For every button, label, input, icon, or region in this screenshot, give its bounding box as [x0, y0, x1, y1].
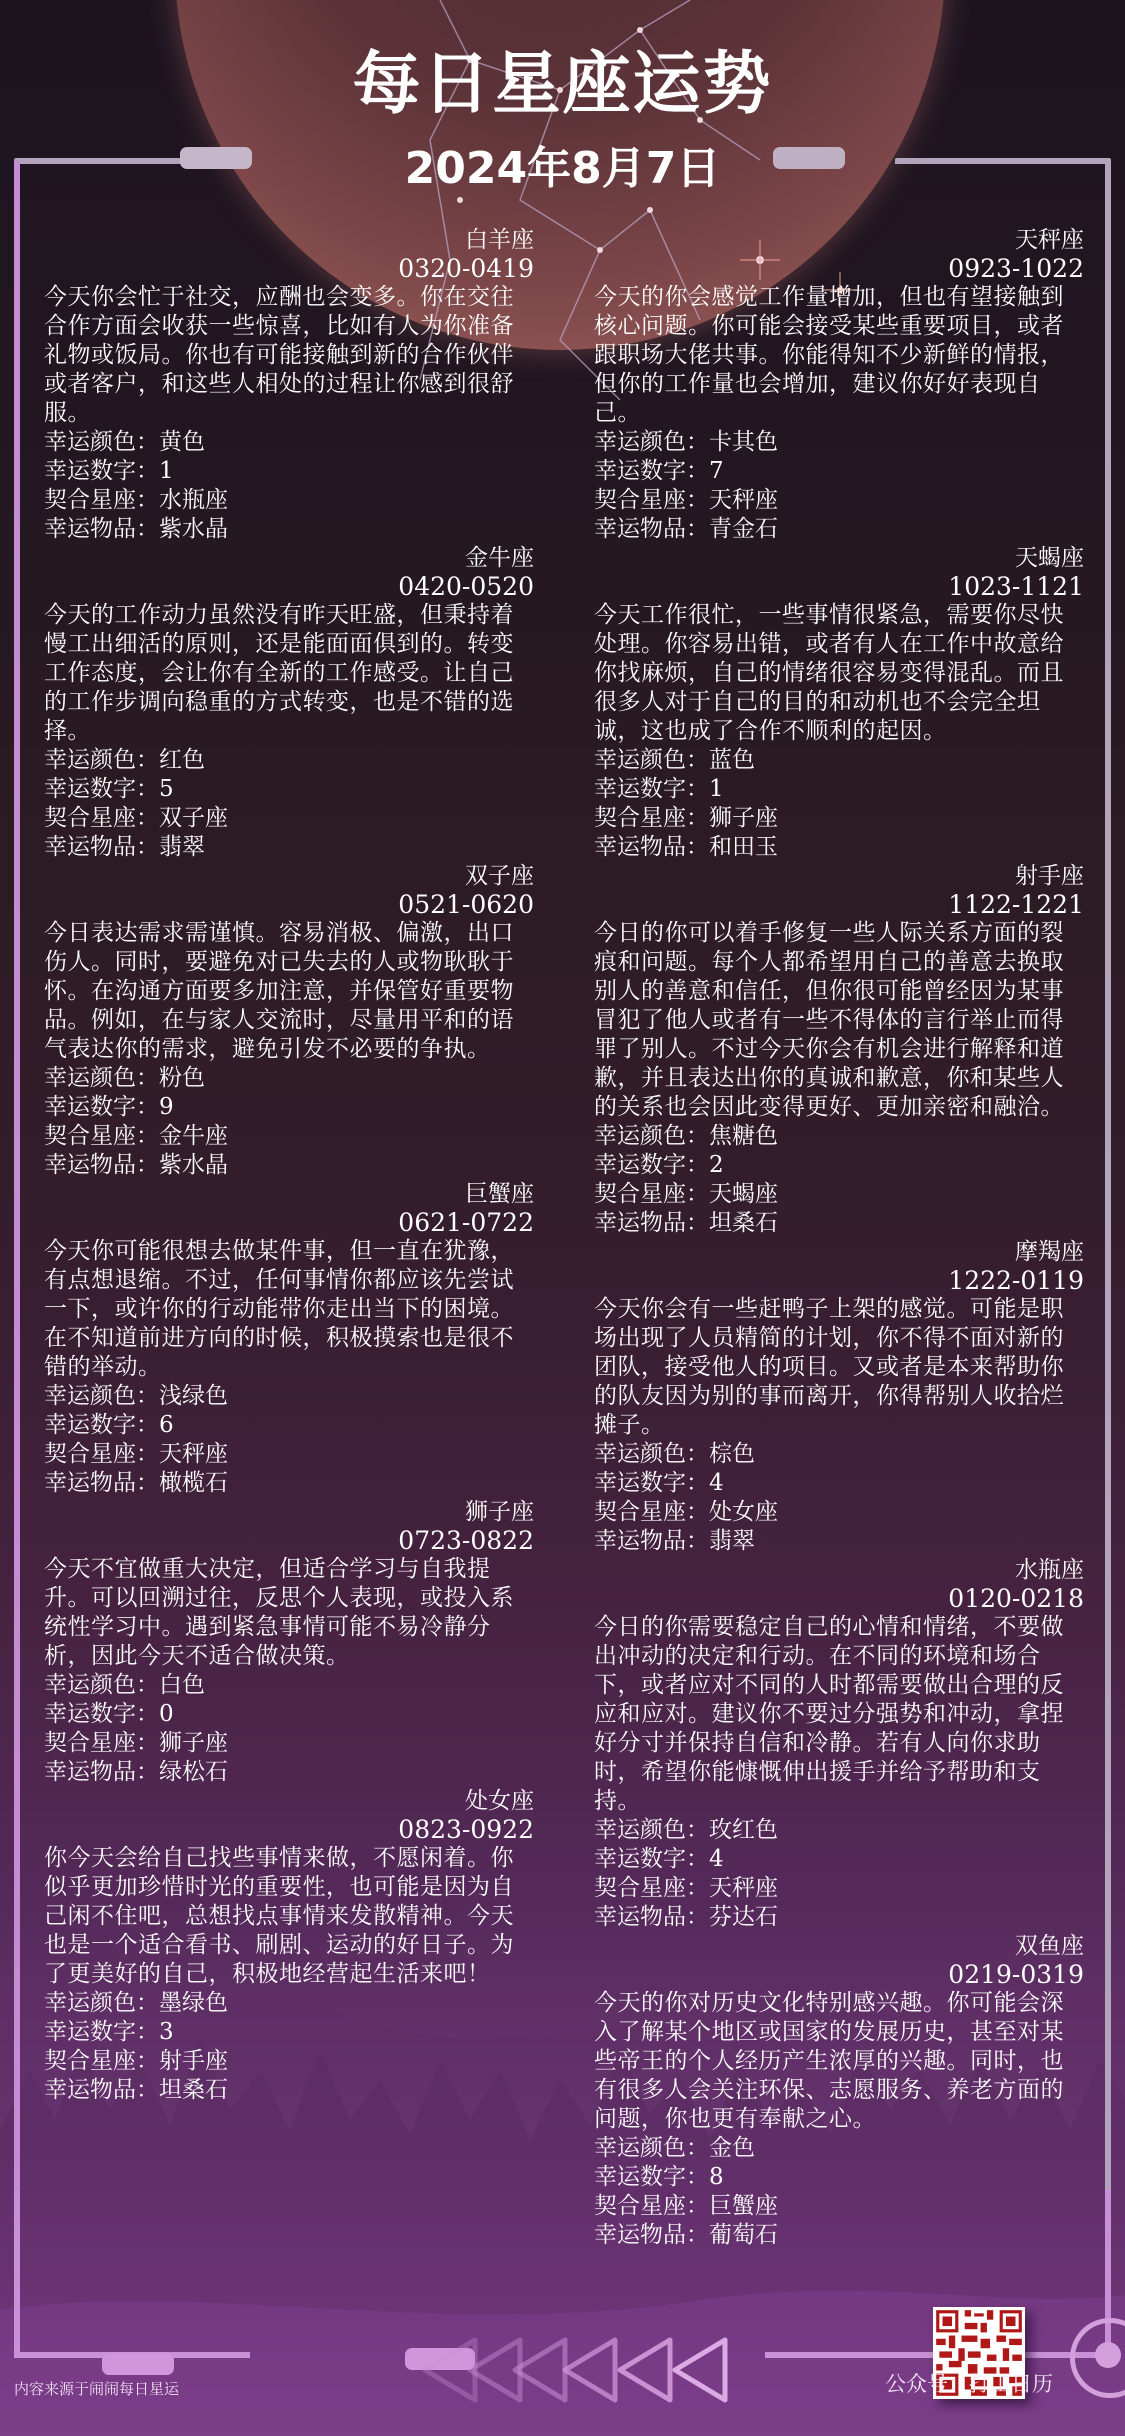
sign-name: 射手座 — [594, 862, 1084, 891]
horoscope-column-right: 天秤座 0923-1022 今天的你会感觉工作量增加，但也有望接触到核心问题。你… — [594, 226, 1084, 2250]
sign-name: 天秤座 — [594, 226, 1084, 255]
label: 契合星座： — [594, 2193, 709, 2219]
content-source-note: 内容来源于闹闹每日星运 — [14, 2378, 179, 2399]
sign-description: 今天不宜做重大决定，但适合学习与自我提升。可以回溯过往，反思个人表现，或投入系统… — [44, 1555, 534, 1671]
value: 9 — [159, 1094, 174, 1120]
sign-card-aries: 白羊座 0320-0419 今天你会忙于社交，应酬也会变多。你在交往合作方面会收… — [44, 226, 534, 544]
value: 玫红色 — [709, 1817, 778, 1843]
label: 幸运物品： — [44, 834, 159, 860]
sign-name: 狮子座 — [44, 1498, 534, 1527]
sign-description: 今天的你对历史文化特别感兴趣。你可能会深入了解某个地区或国家的发展历史，甚至对某… — [594, 1989, 1084, 2134]
sign-card-leo: 狮子座 0723-0822 今天不宜做重大决定，但适合学习与自我提升。可以回溯过… — [44, 1498, 534, 1787]
matching-sign: 契合星座：狮子座 — [44, 1729, 534, 1758]
target-dot-icon — [1095, 2342, 1121, 2368]
lucky-color: 幸运颜色：蓝色 — [594, 746, 1084, 775]
sign-date-range: 0723-0822 — [44, 1527, 534, 1555]
label: 幸运物品： — [594, 1210, 709, 1236]
sign-name: 天蝎座 — [594, 544, 1084, 573]
lucky-color: 幸运颜色：玫红色 — [594, 1816, 1084, 1845]
lucky-number: 幸运数字：1 — [44, 457, 534, 486]
value: 坦桑石 — [159, 2077, 228, 2103]
value: 3 — [159, 2019, 174, 2045]
official-account-label: 公众号：打工日历 — [885, 2368, 1053, 2398]
sign-date-range: 0120-0218 — [594, 1585, 1084, 1613]
label: 契合星座： — [594, 1875, 709, 1901]
sign-name: 处女座 — [44, 1787, 534, 1816]
sign-card-pisces: 双鱼座 0219-0319 今天的你对历史文化特别感兴趣。你可能会深入了解某个地… — [594, 1932, 1084, 2250]
page-title: 每日星座运势 — [0, 30, 1125, 127]
value: 金色 — [709, 2135, 755, 2161]
lucky-item: 幸运物品：橄榄石 — [44, 1469, 534, 1498]
sign-name: 水瓶座 — [594, 1556, 1084, 1585]
label: 幸运颜色： — [44, 429, 159, 455]
value: 橄榄石 — [159, 1470, 228, 1496]
label: 幸运物品： — [594, 1528, 709, 1554]
label: 契合星座： — [44, 1730, 159, 1756]
matching-sign: 契合星座：巨蟹座 — [594, 2192, 1084, 2221]
sign-description: 你今天会给自己找些事情来做，不愿闲着。你似乎更加珍惜时光的重要性，也可能是因为自… — [44, 1844, 534, 1989]
lucky-number: 幸运数字：5 — [44, 775, 534, 804]
sign-date-range: 1122-1221 — [594, 891, 1084, 919]
sign-date-range: 0923-1022 — [594, 255, 1084, 283]
value: 1 — [159, 458, 174, 484]
value: 天蝎座 — [709, 1181, 778, 1207]
lucky-item: 幸运物品：青金石 — [594, 515, 1084, 544]
value: 紫水晶 — [159, 1152, 228, 1178]
matching-sign: 契合星座：水瓶座 — [44, 486, 534, 515]
value: 浅绿色 — [159, 1383, 228, 1409]
sign-description: 今天的你会感觉工作量增加，但也有望接触到核心问题。你可能会接受某些重要项目，或者… — [594, 283, 1084, 428]
value: 1 — [709, 776, 724, 802]
lucky-item: 幸运物品：紫水晶 — [44, 515, 534, 544]
label: 幸运颜色： — [44, 1672, 159, 1698]
sign-name: 双鱼座 — [594, 1932, 1084, 1961]
label: 契合星座： — [44, 805, 159, 831]
lucky-number: 幸运数字：8 — [594, 2163, 1084, 2192]
label: 幸运数字： — [594, 1152, 709, 1178]
value: 翡翠 — [709, 1528, 755, 1554]
label: 幸运物品： — [44, 1470, 159, 1496]
lucky-number: 幸运数字：6 — [44, 1411, 534, 1440]
label: 幸运数字： — [44, 1094, 159, 1120]
lucky-item: 幸运物品：葡萄石 — [594, 2221, 1084, 2250]
sign-date-range: 1222-0119 — [594, 1267, 1084, 1295]
sign-card-taurus: 金牛座 0420-0520 今天的工作动力虽然没有昨天旺盛，但秉持着慢工出细活的… — [44, 544, 534, 862]
lucky-color: 幸运颜色：卡其色 — [594, 428, 1084, 457]
value: 红色 — [159, 747, 205, 773]
label: 幸运物品： — [594, 516, 709, 542]
label: 契合星座： — [594, 1181, 709, 1207]
lucky-item: 幸运物品：翡翠 — [594, 1527, 1084, 1556]
sign-card-cancer: 巨蟹座 0621-0722 今天你可能很想去做某件事，但一直在犹豫，有点想退缩。… — [44, 1180, 534, 1498]
label: 幸运数字： — [44, 1412, 159, 1438]
label: 幸运颜色： — [594, 747, 709, 773]
label: 幸运物品： — [44, 1759, 159, 1785]
sign-description: 今天你可能很想去做某件事，但一直在犹豫，有点想退缩。不过，任何事情你都应该先尝试… — [44, 1237, 534, 1382]
sign-card-scorpio: 天蝎座 1023-1121 今天工作很忙，一些事情很紧急，需要你尽快处理。你容易… — [594, 544, 1084, 862]
matching-sign: 契合星座：狮子座 — [594, 804, 1084, 833]
label: 幸运颜色： — [44, 1990, 159, 2016]
label: 幸运数字： — [594, 1470, 709, 1496]
value: 金牛座 — [159, 1123, 228, 1149]
label: 幸运物品： — [594, 834, 709, 860]
label: 幸运物品： — [44, 1152, 159, 1178]
label: 幸运颜色： — [594, 1123, 709, 1149]
value: 狮子座 — [159, 1730, 228, 1756]
sign-name: 巨蟹座 — [44, 1180, 534, 1209]
value: 蓝色 — [709, 747, 755, 773]
value: 和田玉 — [709, 834, 778, 860]
label: 契合星座： — [44, 1441, 159, 1467]
lucky-color: 幸运颜色：红色 — [44, 746, 534, 775]
matching-sign: 契合星座：天蝎座 — [594, 1180, 1084, 1209]
lucky-item: 幸运物品：紫水晶 — [44, 1151, 534, 1180]
sign-date-range: 0521-0620 — [44, 891, 534, 919]
decorative-frame-bottom-left — [14, 2190, 250, 2358]
label: 幸运物品： — [594, 1904, 709, 1930]
lucky-color: 幸运颜色：粉色 — [44, 1064, 534, 1093]
value: 天秤座 — [709, 487, 778, 513]
label: 幸运颜色： — [594, 2135, 709, 2161]
sign-description: 今天你会忙于社交，应酬也会变多。你在交往合作方面会收获一些惊喜，比如有人为你准备… — [44, 283, 534, 428]
value: 5 — [159, 776, 174, 802]
value: 天秤座 — [709, 1875, 778, 1901]
value: 8 — [709, 2164, 724, 2190]
lucky-item: 幸运物品：芬达石 — [594, 1903, 1084, 1932]
sign-name: 摩羯座 — [594, 1238, 1084, 1267]
sign-description: 今日表达需求需谨慎。容易消极、偏激，出口伤人。同时，要避免对已失去的人或物耿耿于… — [44, 919, 534, 1064]
label: 契合星座： — [594, 805, 709, 831]
value: 狮子座 — [709, 805, 778, 831]
sign-card-libra: 天秤座 0923-1022 今天的你会感觉工作量增加，但也有望接触到核心问题。你… — [594, 226, 1084, 544]
value: 白色 — [159, 1672, 205, 1698]
label: 幸运数字： — [44, 2019, 159, 2045]
label: 幸运数字： — [594, 776, 709, 802]
value: 4 — [709, 1470, 724, 1496]
lucky-color: 幸运颜色：金色 — [594, 2134, 1084, 2163]
lucky-number: 幸运数字：1 — [594, 775, 1084, 804]
sign-date-range: 0420-0520 — [44, 573, 534, 601]
value: 棕色 — [709, 1441, 755, 1467]
sign-description: 今日的你可以着手修复一些人际关系方面的裂痕和问题。每个人都希望用自己的善意去换取… — [594, 919, 1084, 1122]
value: 绿松石 — [159, 1759, 228, 1785]
value: 坦桑石 — [709, 1210, 778, 1236]
label: 幸运颜色： — [594, 1817, 709, 1843]
sign-card-sagittarius: 射手座 1122-1221 今日的你可以着手修复一些人际关系方面的裂痕和问题。每… — [594, 862, 1084, 1238]
sign-description: 今天你会有一些赶鸭子上架的感觉。可能是职场出现了人员精简的计划，你不得不面对新的… — [594, 1295, 1084, 1440]
sign-card-aquarius: 水瓶座 0120-0218 今日的你需要稳定自己的心情和情绪，不要做出冲动的决定… — [594, 1556, 1084, 1932]
label: 幸运颜色： — [594, 429, 709, 455]
frame-pill-decoration — [102, 2353, 174, 2375]
value: 2 — [709, 1152, 724, 1178]
sign-date-range: 0823-0922 — [44, 1816, 534, 1844]
lucky-item: 幸运物品：坦桑石 — [44, 2076, 534, 2105]
lucky-number: 幸运数字：2 — [594, 1151, 1084, 1180]
matching-sign: 契合星座：天秤座 — [594, 486, 1084, 515]
label: 契合星座： — [44, 2048, 159, 2074]
matching-sign: 契合星座：射手座 — [44, 2047, 534, 2076]
value: 双子座 — [159, 805, 228, 831]
value: 4 — [709, 1846, 724, 1872]
label: 契合星座： — [44, 1123, 159, 1149]
sign-card-capricorn: 摩羯座 1222-0119 今天你会有一些赶鸭子上架的感觉。可能是职场出现了人员… — [594, 1238, 1084, 1556]
matching-sign: 契合星座：天秤座 — [594, 1874, 1084, 1903]
lucky-item: 幸运物品：和田玉 — [594, 833, 1084, 862]
page-date: 2024年8月7日 — [0, 132, 1125, 196]
lucky-item: 幸运物品：坦桑石 — [594, 1209, 1084, 1238]
label: 幸运数字： — [594, 458, 709, 484]
horoscope-column-left: 白羊座 0320-0419 今天你会忙于社交，应酬也会变多。你在交往合作方面会收… — [44, 226, 534, 2105]
value: 0 — [159, 1701, 174, 1727]
lucky-item: 幸运物品：绿松石 — [44, 1758, 534, 1787]
lucky-color: 幸运颜色：墨绿色 — [44, 1989, 534, 2018]
label: 契合星座： — [44, 487, 159, 513]
matching-sign: 契合星座：处女座 — [594, 1498, 1084, 1527]
value: 巨蟹座 — [709, 2193, 778, 2219]
label: 幸运颜色： — [44, 1383, 159, 1409]
value: 葡萄石 — [709, 2222, 778, 2248]
value: 芬达石 — [709, 1904, 778, 1930]
label: 幸运颜色： — [44, 1065, 159, 1091]
lucky-number: 幸运数字：0 — [44, 1700, 534, 1729]
lucky-color: 幸运颜色：棕色 — [594, 1440, 1084, 1469]
value: 墨绿色 — [159, 1990, 228, 2016]
lucky-color: 幸运颜色：浅绿色 — [44, 1382, 534, 1411]
value: 6 — [159, 1412, 174, 1438]
value: 水瓶座 — [159, 487, 228, 513]
label: 幸运颜色： — [44, 747, 159, 773]
value: 卡其色 — [709, 429, 778, 455]
sign-date-range: 0320-0419 — [44, 255, 534, 283]
lucky-number: 幸运数字：4 — [594, 1845, 1084, 1874]
left-triangle-arrows-icon — [415, 2330, 765, 2410]
sign-date-range: 0219-0319 — [594, 1961, 1084, 1989]
label: 契合星座： — [594, 1499, 709, 1525]
matching-sign: 契合星座：双子座 — [44, 804, 534, 833]
sign-card-virgo: 处女座 0823-0922 你今天会给自己找些事情来做，不愿闲着。你似乎更加珍惜… — [44, 1787, 534, 2105]
lucky-color: 幸运颜色：白色 — [44, 1671, 534, 1700]
lucky-color: 幸运颜色：焦糖色 — [594, 1122, 1084, 1151]
value: 紫水晶 — [159, 516, 228, 542]
label: 幸运物品： — [44, 516, 159, 542]
lucky-number: 幸运数字：7 — [594, 457, 1084, 486]
value: 射手座 — [159, 2048, 228, 2074]
value: 青金石 — [709, 516, 778, 542]
label: 幸运数字： — [44, 458, 159, 484]
value: 粉色 — [159, 1065, 205, 1091]
lucky-number: 幸运数字：3 — [44, 2018, 534, 2047]
value: 焦糖色 — [709, 1123, 778, 1149]
value: 翡翠 — [159, 834, 205, 860]
sign-date-range: 1023-1121 — [594, 573, 1084, 601]
label: 契合星座： — [594, 487, 709, 513]
label: 幸运数字： — [44, 776, 159, 802]
sign-name: 白羊座 — [44, 226, 534, 255]
value: 处女座 — [709, 1499, 778, 1525]
label: 幸运数字： — [44, 1701, 159, 1727]
lucky-number: 幸运数字：9 — [44, 1093, 534, 1122]
value: 黄色 — [159, 429, 205, 455]
value: 天秤座 — [159, 1441, 228, 1467]
sign-name: 金牛座 — [44, 544, 534, 573]
label: 幸运数字： — [594, 1846, 709, 1872]
sign-card-gemini: 双子座 0521-0620 今日表达需求需谨慎。容易消极、偏激，出口伤人。同时，… — [44, 862, 534, 1180]
lucky-color: 幸运颜色：黄色 — [44, 428, 534, 457]
value: 7 — [709, 458, 724, 484]
sign-description: 今天的工作动力虽然没有昨天旺盛，但秉持着慢工出细活的原则，还是能面面俱到的。转变… — [44, 601, 534, 746]
label: 幸运颜色： — [594, 1441, 709, 1467]
sign-name: 双子座 — [44, 862, 534, 891]
label: 幸运物品： — [44, 2077, 159, 2103]
sign-description: 今天工作很忙，一些事情很紧急，需要你尽快处理。你容易出错，或者有人在工作中故意给… — [594, 601, 1084, 746]
lucky-item: 幸运物品：翡翠 — [44, 833, 534, 862]
sign-description: 今日的你需要稳定自己的心情和情绪，不要做出冲动的决定和行动。在不同的环境和场合下… — [594, 1613, 1084, 1816]
label: 幸运物品： — [594, 2222, 709, 2248]
lucky-number: 幸运数字：4 — [594, 1469, 1084, 1498]
matching-sign: 契合星座：天秤座 — [44, 1440, 534, 1469]
sign-date-range: 0621-0722 — [44, 1209, 534, 1237]
matching-sign: 契合星座：金牛座 — [44, 1122, 534, 1151]
label: 幸运数字： — [594, 2164, 709, 2190]
